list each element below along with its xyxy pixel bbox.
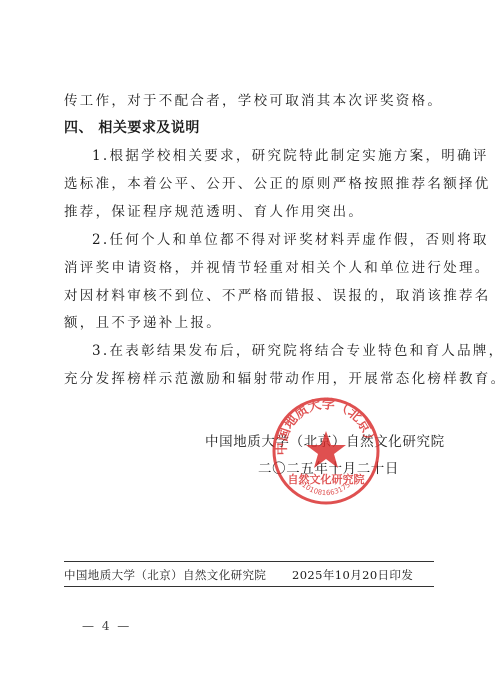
footer-issuer: 中国地质大学（北京）自然文化研究院 xyxy=(64,567,266,583)
paragraph-line: 1.根据学校相关要求，研究院特此制定实施方案，明确评 xyxy=(64,148,462,164)
paragraph-line: 选标准，本着公平、公开、公正的原则严格按照推荐名额择优 xyxy=(64,176,434,192)
paragraph-line: 3.在表彰结果发布后，研究院将结合专业特色和育人品牌， xyxy=(64,343,462,359)
footer-issue-date: 2025年10月20日印发 xyxy=(292,567,413,583)
paragraph-line: 2.任何个人和单位都不得对评奖材料弄虚作假，否则将取 xyxy=(64,232,462,248)
paragraph-line: 消评奖申请资格，并视情节轻重对相关个人和单位进行处理。 xyxy=(64,260,434,276)
paragraph-line: 传工作，对于不配合者，学校可取消其本次评奖资格。 xyxy=(64,93,434,109)
paragraph-line: 充分发挥榜样示范激励和辐射带动作用，开展常态化榜样教育。 xyxy=(64,371,434,387)
official-seal-icon: 中国地质大学（北京） 自然文化研究院 1101081663175 xyxy=(270,395,382,507)
footer-top-rule xyxy=(64,561,434,562)
paragraph-line: 对因材料审核不到位、不严格而错报、误报的，取消该推荐名 xyxy=(64,288,434,304)
page-number: — 4 — xyxy=(82,619,131,633)
section-heading: 四、 相关要求及说明 xyxy=(64,120,434,136)
paragraph-line: 额，且不予递补上报。 xyxy=(64,315,434,331)
footer-bottom-rule xyxy=(64,586,434,587)
paragraph-line: 推荐，保证程序规范透明、育人作用突出。 xyxy=(64,204,434,220)
